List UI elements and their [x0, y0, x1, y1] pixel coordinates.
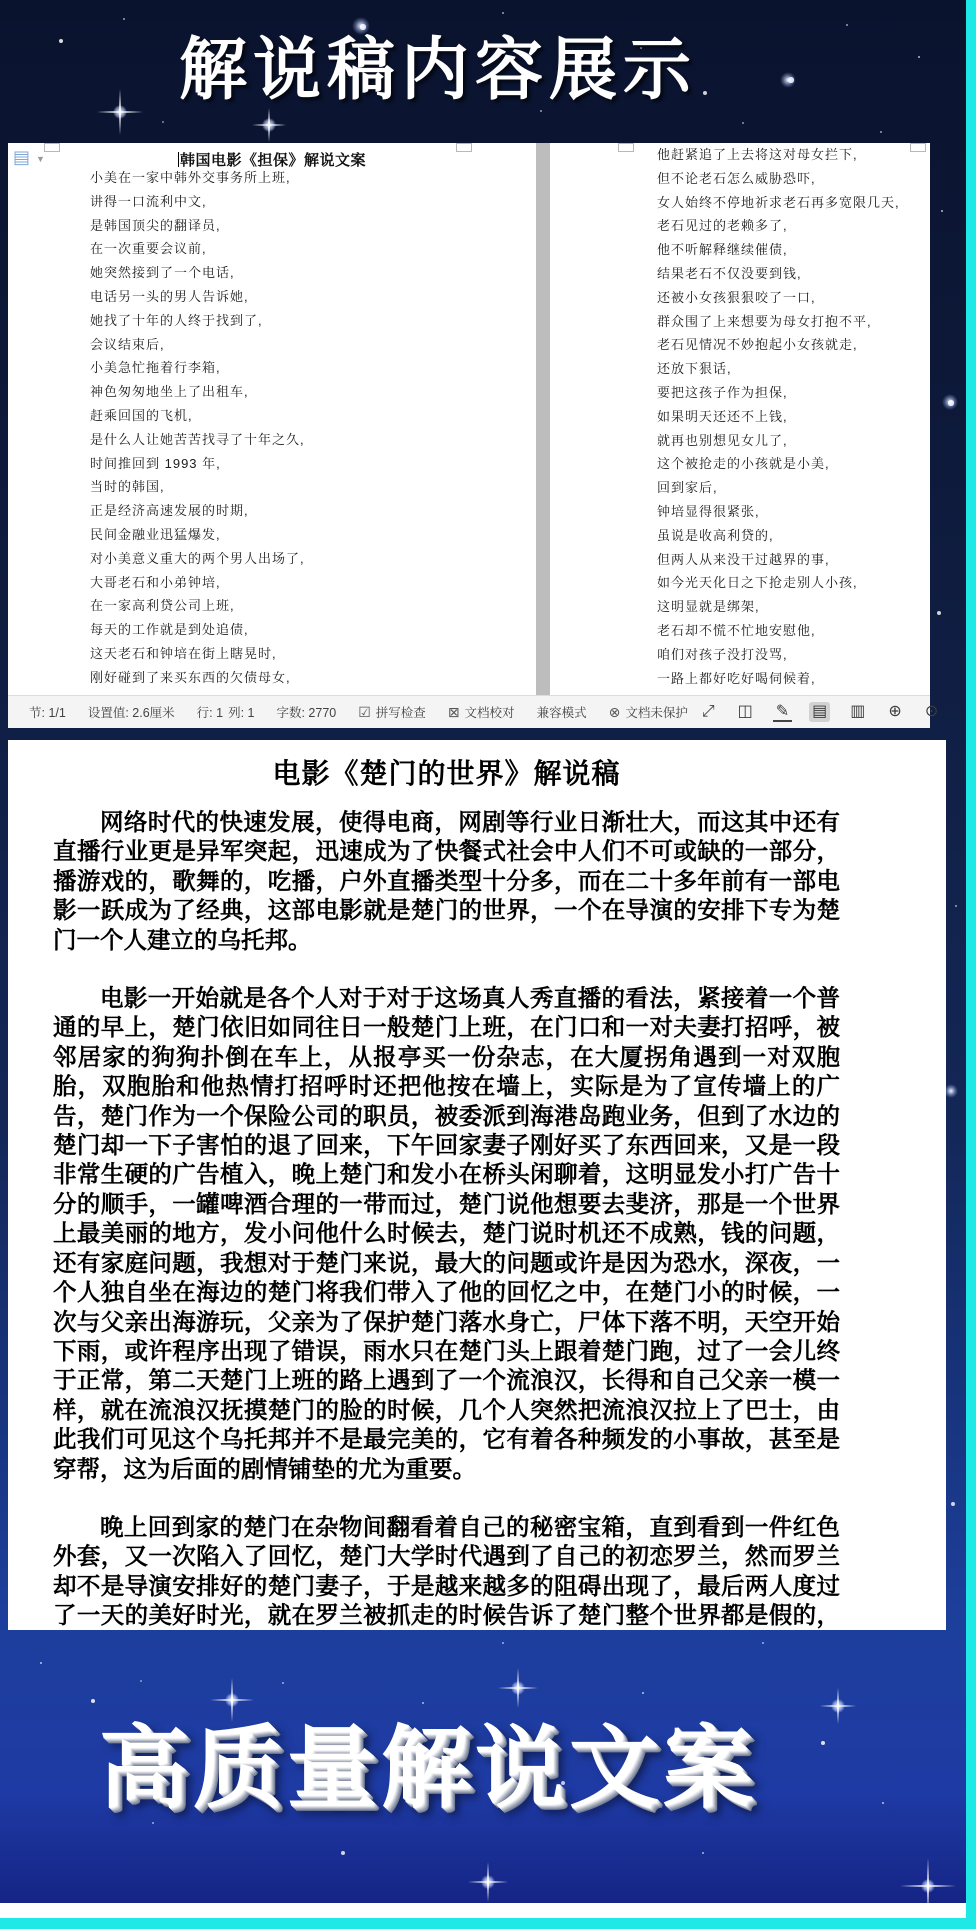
- document-pages: ▤ ▼ 韩国电影《担保》解说文案 小美在一家中韩外交事务所上班,讲得一口流利中文…: [8, 143, 930, 695]
- doc-line: 女人始终不停地祈求老石再多宽限几天,: [657, 191, 900, 215]
- proofread-toggle[interactable]: ⊠ 文档校对: [437, 703, 526, 721]
- doc-line: 这明显就是绑架,: [657, 595, 900, 619]
- book-view-icon[interactable]: ◫: [735, 702, 756, 722]
- doc-line: 她突然接到了一个电话,: [90, 261, 305, 285]
- doc-line: 但两人从来没干过越界的事,: [657, 548, 900, 572]
- spell-check-toggle[interactable]: ☑ 拼写检查: [347, 703, 437, 721]
- doc-line: 结果老石不仅没要到钱,: [657, 262, 900, 286]
- doc-line: 他不听解释继续催债,: [657, 238, 900, 262]
- doc-line: 对小美意义重大的两个男人出场了,: [90, 547, 305, 571]
- doc-line: 时间推回到 1993 年,: [90, 452, 305, 476]
- doc-line: 如果明天还还不上钱,: [657, 405, 900, 429]
- doc-line: 但不论老石怎么威胁恐吓,: [657, 167, 900, 191]
- doc-line: 大哥老石和小弟钟培,: [90, 571, 305, 595]
- doc-line: 小美在一家中韩外交事务所上班,: [90, 166, 305, 190]
- page-corner-mark: [618, 143, 634, 152]
- print-layout-icon[interactable]: ▤: [809, 702, 830, 722]
- doc-line: 电话另一头的男人告诉她,: [90, 285, 305, 309]
- truman-script-title: 电影《楚门的世界》解说稿: [53, 752, 840, 792]
- doc-line: 还被小女孩狠狠咬了一口,: [657, 286, 900, 310]
- doc-line: 老石却不慌不忙地安慰他,: [657, 619, 900, 643]
- star-glow: [944, 1084, 958, 1098]
- word-window: ▤ ▼ 韩国电影《担保》解说文案 小美在一家中韩外交事务所上班,讲得一口流利中文…: [8, 143, 930, 728]
- doc-line: 小美急忙拖着行李箱,: [90, 356, 305, 380]
- truman-paragraph: 网络时代的快速发展，使得电商，网剧等行业日渐壮大，而这其中还有直播行业更是异军突…: [53, 808, 840, 955]
- doc-line: 回到家后,: [657, 476, 900, 500]
- bottom-cyan-strip: [0, 1918, 976, 1929]
- doc-line: 每天的工作就是到处追债,: [90, 618, 305, 642]
- status-word-count[interactable]: 字数: 2770: [265, 703, 347, 721]
- spell-check-icon: ☑: [358, 705, 371, 719]
- doc-line: 讲得一口流利中文,: [90, 190, 305, 214]
- star-dots: [0, 0, 2, 2]
- compat-mode-badge[interactable]: 兼容模式: [526, 703, 598, 721]
- eye-protection-icon[interactable]: ⊙: [922, 702, 941, 722]
- doc-line: 民间金融业迅猛爆发,: [90, 523, 305, 547]
- doc-line: 老石见情况不妙抱起小女孩就走,: [657, 333, 900, 357]
- doc-line: 赶乘回国的飞机,: [90, 404, 305, 428]
- doc-line: 在一家高利贷公司上班,: [90, 594, 305, 618]
- text-cursor: [178, 152, 179, 167]
- truman-script-body: 网络时代的快速发展，使得电商，网剧等行业日渐壮大，而这其中还有直播行业更是异军突…: [53, 808, 840, 1630]
- doc-line: 这天老石和钟培在街上瞎晃时,: [90, 642, 305, 666]
- protection-status[interactable]: ⊗ 文档未保护: [598, 703, 699, 721]
- doc-line: 是韩国顶尖的翻译员,: [90, 214, 305, 238]
- doc-line: 就再也别想见女儿了,: [657, 429, 900, 453]
- doc-line: 正是经济高速发展的时期,: [90, 499, 305, 523]
- star-glow: [942, 394, 958, 410]
- status-bar: 节: 1/1 设置值: 2.6厘米 行: 1 列: 1 字数: 2770 ☑ 拼…: [8, 695, 930, 728]
- status-setting: 设置值: 2.6厘米: [77, 703, 186, 721]
- truman-paragraph: 电影一开始就是各个人对于对于这场真人秀直播的看法，紧接着一个普通的早上，楚门依旧…: [53, 984, 840, 1484]
- doc-line: 钟培显得很紧张,: [657, 500, 900, 524]
- bottom-white-strip: [0, 1903, 976, 1918]
- view-mode-buttons: ⤢ ◫ ✎ ▤ ▥ ⊕ ⊙: [699, 702, 941, 722]
- doc-line: 老石见过的老赖多了,: [657, 214, 900, 238]
- status-line-col: 行: 1 列: 1: [186, 703, 266, 721]
- doc-line: 虽说是收高利贷的,: [657, 524, 900, 548]
- doc-line: 是什么人让她苦苦找寻了十年之久,: [90, 428, 305, 452]
- footer-banner: 高质量解说文案: [0, 1695, 976, 1825]
- page-divider: [536, 143, 550, 695]
- right-cyan-strip: [966, 0, 976, 1929]
- status-section: 节: 1/1: [18, 703, 77, 721]
- page-title: 解说稿内容展示: [0, 16, 976, 113]
- doc-line: 群众围了上来想要为母女打抱不平,: [657, 310, 900, 334]
- sparkle-star: [468, 1862, 508, 1902]
- doc-line: 神色匆匆地坐上了出租车,: [90, 380, 305, 404]
- doc-line: 这个被抢走的小孩就是小美,: [657, 452, 900, 476]
- doc-line: 会议结束后,: [90, 333, 305, 357]
- truman-script-document: 电影《楚门的世界》解说稿 网络时代的快速发展，使得电商，网剧等行业日渐壮大，而这…: [8, 740, 946, 1630]
- web-layout-icon[interactable]: ⊕: [885, 702, 904, 722]
- poster-canvas: 解说稿内容展示 ▤ ▼ 韩国电影《担保》解说文案 小美在一家中韩外交事务所上班,…: [0, 0, 976, 1929]
- doc-line: 要把这孩子作为担保,: [657, 381, 900, 405]
- doc-line: 咱们对孩子没打没骂,: [657, 643, 900, 667]
- doc-line: 一路上都好吃好喝伺候着,: [657, 667, 900, 691]
- doc-line: 还放下狠话,: [657, 357, 900, 381]
- doc-line: 当时的韩国,: [90, 475, 305, 499]
- edit-pen-icon[interactable]: ✎: [773, 702, 792, 722]
- fullscreen-icon[interactable]: ⤢: [699, 702, 718, 722]
- doc-line: 他赶紧追了上去将这对母女拦下,: [657, 143, 900, 167]
- outline-view-icon[interactable]: ▥: [847, 702, 868, 722]
- page-corner-mark: [910, 143, 926, 152]
- proofread-icon: ⊠: [448, 705, 460, 719]
- doc-line: 她找了十年的人终于找到了,: [90, 309, 305, 333]
- truman-paragraph: 晚上回到家的楚门在杂物间翻看着自己的秘密宝箱，直到看到一件红色外套，又一次陷入了…: [53, 1513, 840, 1630]
- doc-line: 在一次重要会议前,: [90, 237, 305, 261]
- sparkle-star: [252, 108, 286, 142]
- doc-line: 刚好碰到了来买东西的欠债母女,: [90, 666, 305, 690]
- left-page-lines: 小美在一家中韩外交事务所上班,讲得一口流利中文,是韩国顶尖的翻译员,在一次重要会…: [90, 166, 305, 690]
- shield-icon: ⊗: [609, 705, 621, 719]
- doc-line: 如今光天化日之下抢走别人小孩,: [657, 571, 900, 595]
- right-page-lines: 他赶紧追了上去将这对母女拦下,但不论老石怎么威胁恐吓,女人始终不停地祈求老石再多…: [657, 143, 900, 690]
